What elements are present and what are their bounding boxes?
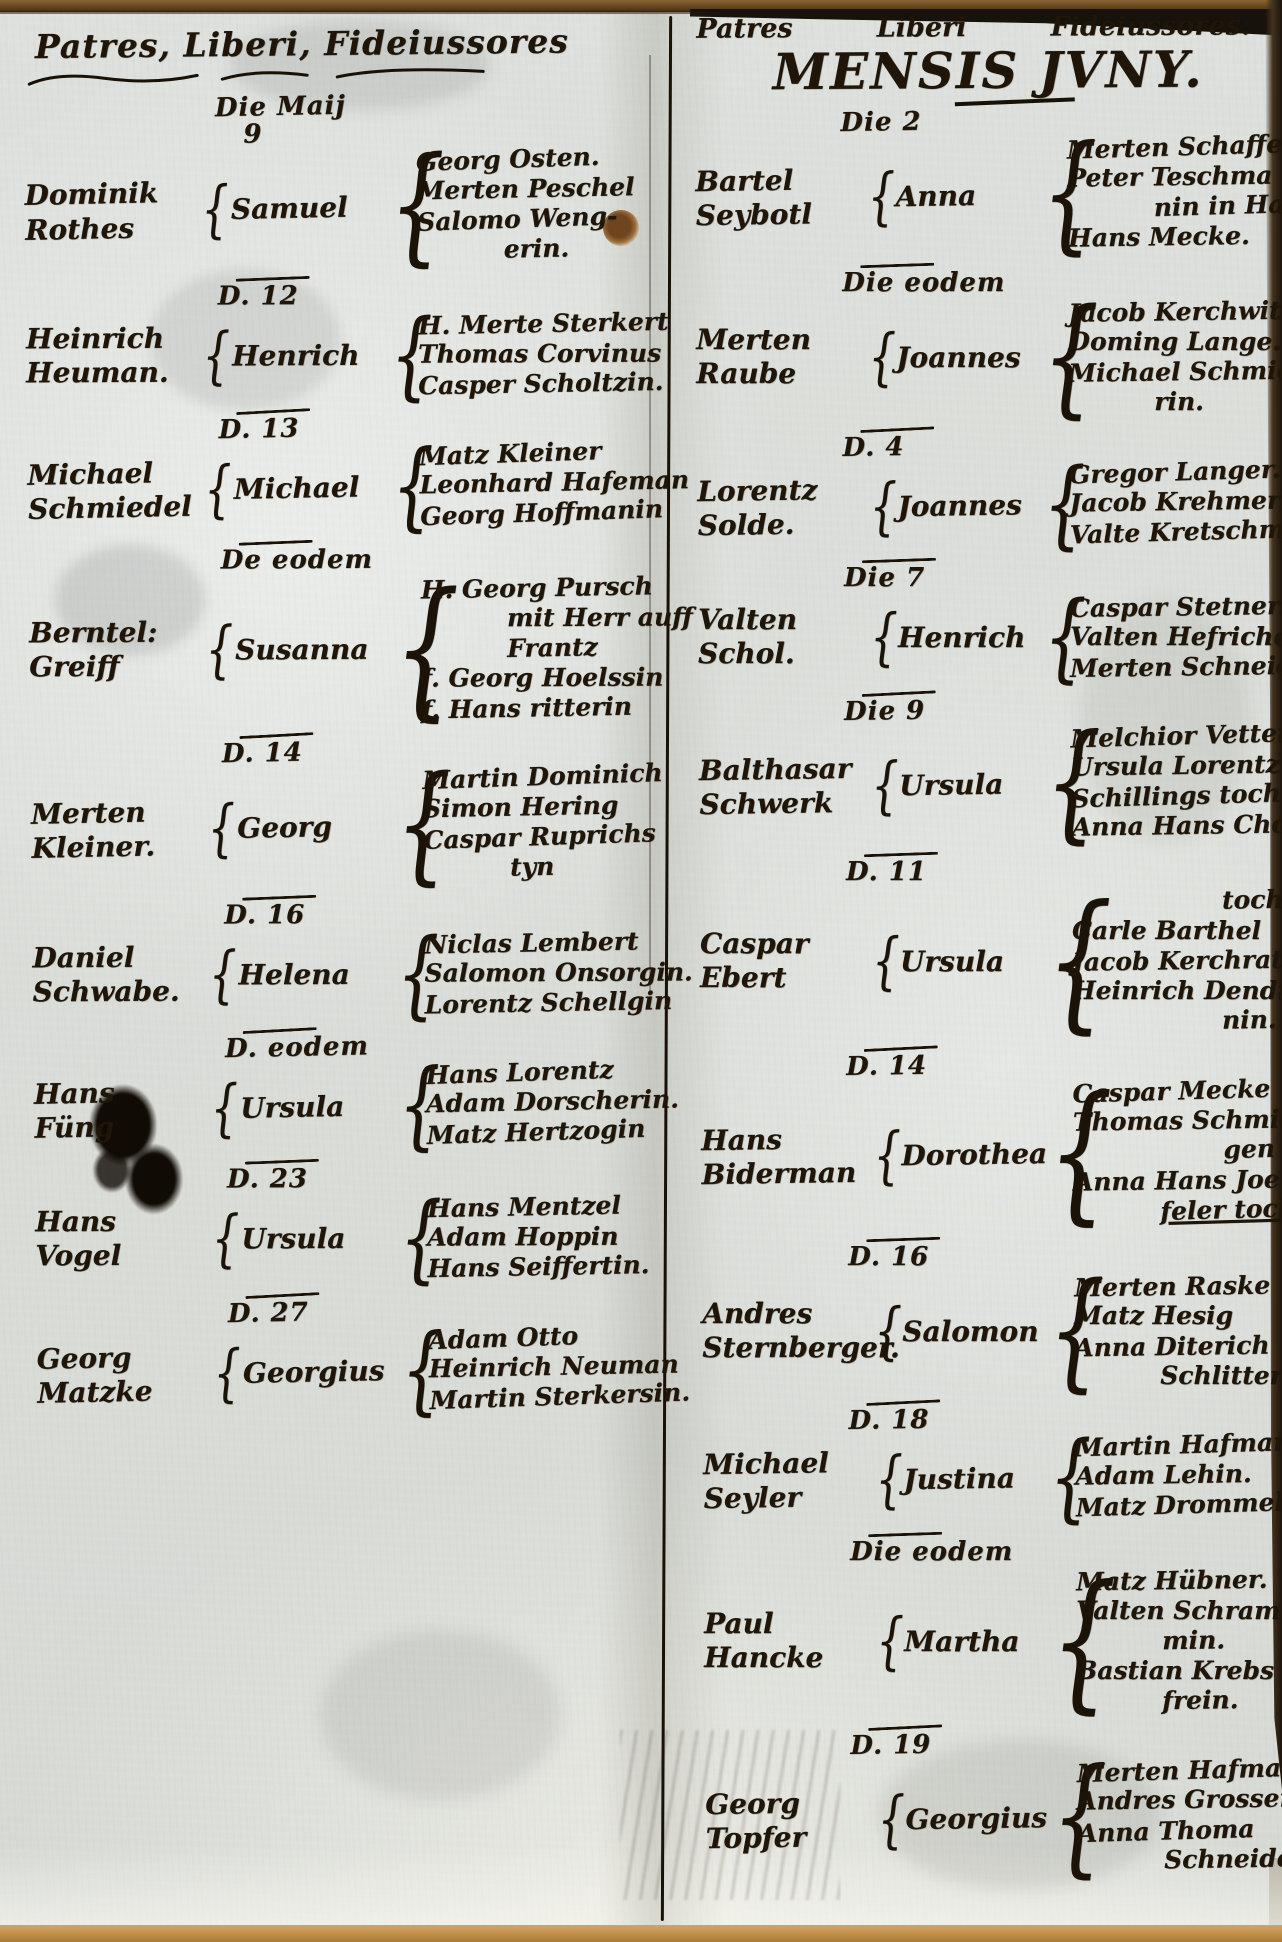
sponsor-list: Hans LorentzAdam Dorscherin.Matz Hertzog… xyxy=(425,1055,679,1150)
sponsor-list: Merten SchaffertPeter Teschmanin in Hatt… xyxy=(1067,130,1282,254)
father-name: AndresSternberger. xyxy=(702,1297,866,1365)
sponsor-name: rin. xyxy=(1068,388,1282,418)
brace-glyph: { xyxy=(873,1129,893,1182)
entry-row: MichaelSeyler{Justina{Martin HafmanAdam … xyxy=(703,1429,1266,1527)
child-name: Dorothea xyxy=(901,1137,1039,1172)
brace-glyph: { xyxy=(1048,1277,1066,1386)
child-name-text: Joannes xyxy=(897,488,1022,523)
register-entry: Die 2BartelSeybotl{Anna{Merten Schaffert… xyxy=(694,104,1258,260)
father-name-line: Schol. xyxy=(698,637,862,671)
sponsor-name: tyn xyxy=(424,850,665,885)
entry-row: CasparEbert{Ursula{tochterCarle BarthelJ… xyxy=(700,887,1262,1037)
father-name-line: Heuman. xyxy=(26,356,194,391)
entry-date: D. 12 xyxy=(26,275,634,311)
father-name-line: Sternberger. xyxy=(702,1331,866,1365)
brace-glyph: { xyxy=(207,802,229,855)
sponsor-list: Martin HafmanAdam Lehin.Matz Drommelin. xyxy=(1075,1429,1282,1523)
brace-glyph: { xyxy=(397,933,417,1015)
brace-glyph: { xyxy=(400,1329,421,1411)
father-name: MichaelSchmiedel xyxy=(27,456,196,528)
sponsor-list: Adam OttoHeinrich NeumanMartin Sterkersi… xyxy=(428,1319,690,1414)
sponsor-name: erin. xyxy=(417,232,636,266)
child-name: Georg xyxy=(237,809,388,845)
entry-row: HansVogel{Ursula{Hans MentzelAdam Hoppin… xyxy=(35,1192,643,1285)
father-name-line: Hancke xyxy=(704,1641,868,1675)
brace-glyph: { xyxy=(388,152,410,261)
sponsor-name: Jacob Kerchwitz xyxy=(1068,296,1282,330)
brace-glyph: { xyxy=(1046,1089,1066,1217)
sponsor-name: Ursula Lorentz xyxy=(1071,749,1282,783)
register-entry: Die 7ValtenSchol.{Henrich{Caspar Stetner… xyxy=(698,559,1260,682)
sponsor-name: Peter Teschma xyxy=(1067,160,1282,194)
entry-row: ValtenSchol.{Henrich{Caspar Stetner.Valt… xyxy=(698,592,1260,682)
register-entry: D. 16DanielSchwabe.{Helena{Niclas Lember… xyxy=(32,894,641,1020)
sponsor-list: Jacob KerchwitzDoming Lange.Michael Schm… xyxy=(1068,298,1282,418)
right-page: Patres Liberi Fideiussores. MENSIS JVNY.… xyxy=(694,10,1267,1889)
child-name-text: Helena xyxy=(238,958,349,991)
father-name-line: Georg xyxy=(705,1786,869,1823)
child-name: Helena xyxy=(238,957,388,991)
child-name-text: Michael xyxy=(233,470,359,505)
child-name: Susanna xyxy=(235,633,385,667)
father-name-line: Daniel xyxy=(32,941,200,976)
father-name: Berntel:Greiff xyxy=(29,616,197,685)
child-name-text: Samuel xyxy=(231,191,348,226)
father-name-line: Valten xyxy=(698,603,862,637)
child-name: Ursula xyxy=(900,945,1038,978)
brace-glyph: { xyxy=(872,935,892,988)
child-name: Anna xyxy=(895,178,1033,213)
sponsor-name: Thomas Corvinus xyxy=(418,338,669,369)
table-bottom-edge xyxy=(0,1925,1282,1942)
child-name-text: Dorothea xyxy=(901,1137,1047,1172)
brace-glyph: { xyxy=(871,759,891,812)
child-name-text: Ursula xyxy=(240,1090,345,1125)
entry-row: DanielSchwabe.{Helena{Niclas LembertSalo… xyxy=(32,928,640,1021)
register-entry: Die Maij9DominikRothes{Samuel{Georg Oste… xyxy=(23,87,634,273)
entry-row: DominikRothes{Samuel{Georg Osten.Merten … xyxy=(24,142,634,274)
entry-row: BalthasarSchwerk{Ursula{Melchior Vetter.… xyxy=(698,720,1262,848)
father-name: ValtenSchol. xyxy=(698,603,862,671)
sponsor-list: Caspar Stetner.Valten HefrichenMerten Sc… xyxy=(1070,592,1282,682)
brace-glyph: { xyxy=(1044,596,1062,678)
child-name: Ursula xyxy=(240,1089,391,1125)
sponsor-name: Anna Diterich xyxy=(1074,1329,1282,1364)
sponsor-name: Jacob Krehmer. xyxy=(1069,485,1282,519)
father-name-line: Dominik xyxy=(24,176,193,213)
father-name-line: Topfer xyxy=(705,1820,869,1857)
left-page: Patres, Liberi, Fideiussores Die Maij9Do… xyxy=(23,21,646,1428)
brace-glyph: { xyxy=(1049,1437,1068,1519)
brace-glyph: { xyxy=(1044,729,1064,838)
father-name-line: Berntel: xyxy=(29,616,197,651)
father-name-line: Hans xyxy=(701,1122,865,1159)
brace-glyph: { xyxy=(1046,898,1064,1026)
sponsor-list: H. Georg Purschmit Herr auffFrantzf. Geo… xyxy=(421,573,693,724)
child-name-text: Salomon xyxy=(902,1315,1038,1348)
entry-row: AndresSternberger.{Salomon{Merten RaskeM… xyxy=(702,1271,1264,1391)
entry-date: D. 11 xyxy=(700,853,1262,886)
sponsor-list: Hans MentzelAdam HoppinHans Seiffertin. xyxy=(427,1192,649,1283)
father-name-line: Balthasar xyxy=(699,752,863,789)
father-name-line: Vogel xyxy=(35,1239,203,1274)
brace-glyph: { xyxy=(213,1347,235,1400)
brace-glyph: { xyxy=(874,1305,894,1358)
child-name: Joannes xyxy=(896,341,1034,374)
child-name: Martha xyxy=(904,1624,1042,1657)
father-name-line: Greiff xyxy=(29,650,197,685)
brace-glyph: { xyxy=(867,170,887,223)
sponsor-name: H. Georg Pursch xyxy=(421,571,693,606)
sponsor-name: min. xyxy=(1076,1625,1281,1658)
sponsor-name: Casper Scholtzin. xyxy=(418,367,669,402)
entry-row: LorentzSolde.{Joannes{Gregor Langer.Jaco… xyxy=(697,456,1260,554)
father-name: MichaelSeyler xyxy=(703,1446,868,1517)
sponsor-name: frein. xyxy=(1076,1685,1281,1718)
sponsor-name: H. Merte Sterkert xyxy=(418,307,669,342)
right-entries: Die 2BartelSeybotl{Anna{Merten Schaffert… xyxy=(695,106,1268,1880)
register-entry: Die eodemMertenRaube{Joannes{Jacob Kerch… xyxy=(696,264,1258,417)
brace-glyph: { xyxy=(390,314,410,396)
entry-row: MichaelSchmiedel{Michael{Matz KleinerLeo… xyxy=(27,436,637,538)
father-name-line: Schwabe. xyxy=(33,975,201,1010)
brace-glyph: { xyxy=(398,1064,419,1146)
register-entry: D. 12HeinrichHeuman.{Henrich{H. Merte St… xyxy=(26,275,635,401)
brace-glyph: { xyxy=(875,1454,895,1507)
register-entry: D. 27GeorgMatzke{Georgius{Adam OttoHeinr… xyxy=(35,1287,645,1422)
child-name: Ursula xyxy=(899,767,1037,802)
entry-date: De eodem xyxy=(29,540,637,576)
sponsor-name: Adam Lehin. xyxy=(1075,1459,1282,1493)
father-name: PaulHancke xyxy=(704,1607,868,1675)
child-name-text: Ursula xyxy=(899,768,1004,803)
sponsor-name: nin. xyxy=(1072,1005,1282,1039)
register-entry: D. 18MichaelSeyler{Justina{Martin Hafman… xyxy=(702,1396,1266,1528)
father-name: HansBiderman xyxy=(701,1122,866,1193)
register-entry: De eodemBerntel:Greiff{Susanna{H. Georg … xyxy=(29,540,638,726)
father-name-line: Merten xyxy=(696,323,860,357)
father-name-line: Michael xyxy=(703,1446,867,1483)
entry-row: Berntel:Greiff{Susanna{H. Georg Purschmi… xyxy=(29,573,638,726)
sponsor-name: Niclas Lembert xyxy=(424,926,693,961)
entry-date: Die 7 xyxy=(698,559,1260,592)
sponsor-list: Matz KleinerLeonhard HafemanGeorg Hoffma… xyxy=(419,435,690,530)
child-name-text: Susanna xyxy=(235,633,368,667)
child-name: Georgius xyxy=(243,1353,394,1389)
register-entry: D. 13MichaelSchmiedel{Michael{Matz Klein… xyxy=(26,403,636,538)
entry-date: Die eodem xyxy=(696,264,1258,297)
sponsor-name: Hans Mecke. xyxy=(1068,220,1282,254)
sponsor-list: Niclas LembertSalomon Onsorgin.Lorentz S… xyxy=(424,928,693,1019)
entry-row: MertenKleiner.{Georg{Martin DominichSimo… xyxy=(30,761,640,893)
register-entry: D. 4LorentzSolde.{Joannes{Gregor Langer.… xyxy=(696,422,1260,554)
father-name-line: Raube xyxy=(696,358,860,392)
register-entry: D. 19GeorgTopfer{Georgius{Merten HafmanA… xyxy=(704,1721,1268,1883)
brace-glyph: { xyxy=(1041,140,1061,249)
sponsor-name: Doming Lange. xyxy=(1068,328,1282,358)
child-name-text: Henrich xyxy=(898,621,1025,654)
brace-glyph: { xyxy=(202,329,223,382)
father-name: BalthasarSchwerk xyxy=(699,752,864,823)
stain xyxy=(320,1630,560,1800)
brace-glyph: { xyxy=(210,1082,232,1135)
sponsor-list: Georg Osten.Merten PeschelSalomo Weng-er… xyxy=(416,142,636,266)
brace-glyph: { xyxy=(393,585,413,713)
left-columns-header: Patres, Liberi, Fideiussores xyxy=(23,21,631,66)
father-name-line: Georg xyxy=(36,1339,205,1376)
sponsor-name: Matz Hertzogin xyxy=(426,1113,680,1151)
brace-glyph: { xyxy=(870,611,890,664)
sponsor-name: f. Georg Hoelssin xyxy=(421,663,693,694)
sponsor-list: H. Merte SterkertThomas CorvinusCasper S… xyxy=(418,308,669,399)
child-name: Georgius xyxy=(905,1801,1043,1836)
brace-glyph: { xyxy=(204,463,226,516)
register-entry: Die eodemPaulHancke{Martha{Matz Hübner.V… xyxy=(704,1533,1266,1716)
father-name-line: Lorentz xyxy=(697,472,861,509)
child-name-text: Ursula xyxy=(241,1222,345,1255)
register-entry: D. eodemHansFüng{Ursula{Hans LorentzAdam… xyxy=(33,1022,643,1157)
sponsor-name: Matz Hübner. xyxy=(1076,1565,1281,1598)
father-name-line: Ebert xyxy=(700,962,864,996)
sponsor-name: Michael Schmiede xyxy=(1068,356,1282,390)
father-name-line: Hans xyxy=(35,1205,203,1240)
sponsor-list: Caspar MeckeThomas SchmidipgenAnna Hans … xyxy=(1072,1074,1282,1228)
father-name: GeorgMatzke xyxy=(36,1339,205,1411)
month-title: MENSIS JVNY. xyxy=(694,41,1256,99)
father-name: CasparEbert xyxy=(700,928,864,996)
brace-glyph: { xyxy=(1050,1577,1068,1705)
sponsor-name: nin in Hattel. xyxy=(1067,188,1282,226)
brace-glyph: { xyxy=(391,445,412,527)
sponsor-name: Merten Raske xyxy=(1074,1269,1282,1304)
father-name: DanielSchwabe. xyxy=(32,941,200,1010)
father-name-line: Michael xyxy=(27,456,196,493)
sponsor-list: tochterCarle BarthelJacob KerchrathHeinr… xyxy=(1072,887,1282,1037)
register-entry: D. 16AndresSternberger.{Salomon{Merten R… xyxy=(702,1238,1264,1391)
sponsor-name: Gregor Langer. xyxy=(1069,453,1282,491)
register-entry: D. 11CasparEbert{Ursula{tochterCarle Bar… xyxy=(700,853,1262,1036)
left-entries: Die Maij9DominikRothes{Samuel{Georg Oste… xyxy=(23,90,645,1419)
sponsor-name: Salomon Onsorgin. xyxy=(424,958,692,989)
sponsor-name: Matz Hesig xyxy=(1074,1301,1282,1331)
father-name-line: Andres xyxy=(702,1297,866,1331)
sponsor-list: Matz Hübner.Valten Schrammin.Bastian Kre… xyxy=(1076,1566,1280,1716)
sponsor-name: Caspar Stetner. xyxy=(1070,590,1282,624)
brace-glyph: { xyxy=(212,1213,233,1266)
father-name: HansFüng xyxy=(34,1075,203,1147)
father-name-line: Heinrich xyxy=(26,321,194,356)
father-name-line: Schmiedel xyxy=(28,490,197,527)
sponsor-list: Gregor Langer.Jacob Krehmer.Valte Kretsc… xyxy=(1069,455,1282,549)
father-name: BartelSeybotl xyxy=(695,163,860,234)
sponsor-name: Lorentz Schellgin xyxy=(424,986,693,1021)
entry-date: D. 16 xyxy=(32,894,640,930)
entry-row: MertenRaube{Joannes{Jacob KerchwitzDomin… xyxy=(696,298,1258,418)
sponsor-name: Hans Seiffertin. xyxy=(427,1251,649,1285)
child-name-text: Henrich xyxy=(232,338,360,372)
sponsor-name: Hans Mentzel xyxy=(427,1191,649,1225)
sponsor-list: Martin DominichSimon HeringCaspar Rupric… xyxy=(422,760,665,885)
brace-glyph: { xyxy=(209,948,230,1001)
father-name-line: Merten xyxy=(31,795,200,832)
entry-date: D. 23 xyxy=(35,1159,643,1195)
right-header-liberi: Liberi xyxy=(877,12,967,44)
brace-glyph: { xyxy=(1043,463,1062,545)
entry-row: BartelSeybotl{Anna{Merten SchaffertPeter… xyxy=(695,131,1259,259)
right-header-fideiussores: Fideiussores. xyxy=(1050,10,1250,42)
brace-glyph: { xyxy=(1051,1763,1071,1872)
entry-row: GeorgMatzke{Georgius{Adam OttoHeinrich N… xyxy=(36,1320,646,1422)
father-name: MertenKleiner. xyxy=(31,795,200,867)
child-name: Henrich xyxy=(232,338,382,372)
father-name-line: Matzke xyxy=(37,1374,206,1411)
register-entry: D. 14HansBiderman{Dorothea{Caspar MeckeT… xyxy=(700,1042,1265,1234)
father-name: DominikRothes xyxy=(24,176,193,248)
child-name: Salomon xyxy=(902,1315,1040,1348)
register-entry: Die 9BalthasarSchwerk{Ursula{Melchior Ve… xyxy=(698,687,1262,849)
manuscript-scan: Patres, Liberi, Fideiussores Die Maij9Do… xyxy=(0,0,1282,1942)
brace-glyph: { xyxy=(1042,303,1060,412)
brace-glyph: { xyxy=(876,1615,896,1668)
father-name-line: Paul xyxy=(704,1607,868,1641)
child-name: Michael xyxy=(233,470,384,506)
child-name-text: Georg xyxy=(237,810,332,845)
right-header-patres: Patres xyxy=(696,13,792,45)
sponsor-name: Merten Schneiderin xyxy=(1070,650,1282,684)
entry-row: HansFüng{Ursula{Hans LorentzAdam Dorsche… xyxy=(33,1056,643,1158)
father-name-line: Seybotl xyxy=(696,197,860,234)
father-name-line: Seyler xyxy=(703,1480,867,1517)
entry-row: GeorgTopfer{Georgius{Merten HafmanAndres… xyxy=(705,1754,1269,1882)
sponsor-list: Merten RaskeMatz HesigAnna DiterichSchli… xyxy=(1074,1271,1282,1391)
brace-glyph: { xyxy=(877,1793,897,1846)
brace-glyph: { xyxy=(868,331,888,384)
entry-date: Die eodem xyxy=(704,1533,1266,1566)
header-flourish-underline xyxy=(27,63,487,88)
father-name: GeorgTopfer xyxy=(705,1786,870,1857)
sponsor-name: Jacob Kerchrath xyxy=(1072,945,1282,979)
child-name: Ursula xyxy=(241,1222,391,1256)
father-name-line: Rothes xyxy=(25,210,194,247)
sponsor-name: Anna Hans Chori xyxy=(1072,809,1282,843)
brace-glyph: { xyxy=(399,1197,419,1279)
father-name: HeinrichHeuman. xyxy=(26,321,194,390)
sponsor-name: f. Hans ritterin xyxy=(421,691,693,726)
father-name: HansVogel xyxy=(35,1205,203,1274)
father-name: MertenRaube xyxy=(696,323,860,391)
father-name-line: Füng xyxy=(34,1109,203,1146)
register-entry: D. 23HansVogel{Ursula{Hans MentzelAdam H… xyxy=(35,1159,644,1285)
father-name: LorentzSolde. xyxy=(697,472,862,543)
child-name-text: Martha xyxy=(904,1624,1019,1657)
child-name: Justina xyxy=(903,1461,1041,1496)
child-name-text: Anna xyxy=(895,179,976,213)
child-name-text: Georgius xyxy=(905,1801,1047,1836)
child-name-text: Georgius xyxy=(243,1354,385,1390)
sponsor-name: Valten Hefrichen xyxy=(1070,622,1282,652)
brace-glyph: { xyxy=(869,480,889,533)
father-name-line: Hans xyxy=(34,1075,203,1112)
child-name-text: Joannes xyxy=(896,341,1020,374)
sponsor-name: mit Herr auff xyxy=(421,603,693,634)
sponsor-name: Schlitters tochter. xyxy=(1074,1361,1282,1391)
entry-row: HeinrichHeuman.{Henrich{H. Merte Sterker… xyxy=(26,309,634,402)
sponsor-name: Matz Drommelin. xyxy=(1075,1487,1282,1524)
sponsor-name: Frantz xyxy=(421,631,693,666)
sponsor-name: tochter xyxy=(1072,885,1282,919)
child-name: Joannes xyxy=(897,488,1035,523)
child-name: Henrich xyxy=(898,621,1036,654)
entry-date: D. 16 xyxy=(702,1238,1264,1271)
brace-glyph: { xyxy=(394,771,416,880)
brace-glyph: { xyxy=(205,624,226,677)
register-entry: D. 14MertenKleiner.{Georg{Martin Dominic… xyxy=(29,728,640,893)
page-top-shadow xyxy=(0,11,700,14)
entry-row: HansBiderman{Dorothea{Caspar MeckeThomas… xyxy=(700,1075,1264,1233)
father-name-line: Biderman xyxy=(701,1156,865,1193)
child-name-text: Justina xyxy=(903,1462,1015,1497)
father-name-line: Schwerk xyxy=(699,786,863,823)
father-name-line: Solde. xyxy=(697,507,861,544)
sponsor-name: Merten Schaffert xyxy=(1066,128,1282,166)
father-name-line: Caspar xyxy=(700,928,864,962)
sponsor-name: Adam Hoppin xyxy=(427,1222,649,1253)
entry-row: PaulHancke{Martha{Matz Hübner.Valten Sch… xyxy=(704,1566,1266,1716)
father-name-line: Kleiner. xyxy=(31,829,200,866)
child-name-text: Ursula xyxy=(900,945,1004,978)
brace-glyph: { xyxy=(201,183,223,236)
father-name-line: Bartel xyxy=(695,163,859,200)
child-name: Samuel xyxy=(231,190,382,226)
